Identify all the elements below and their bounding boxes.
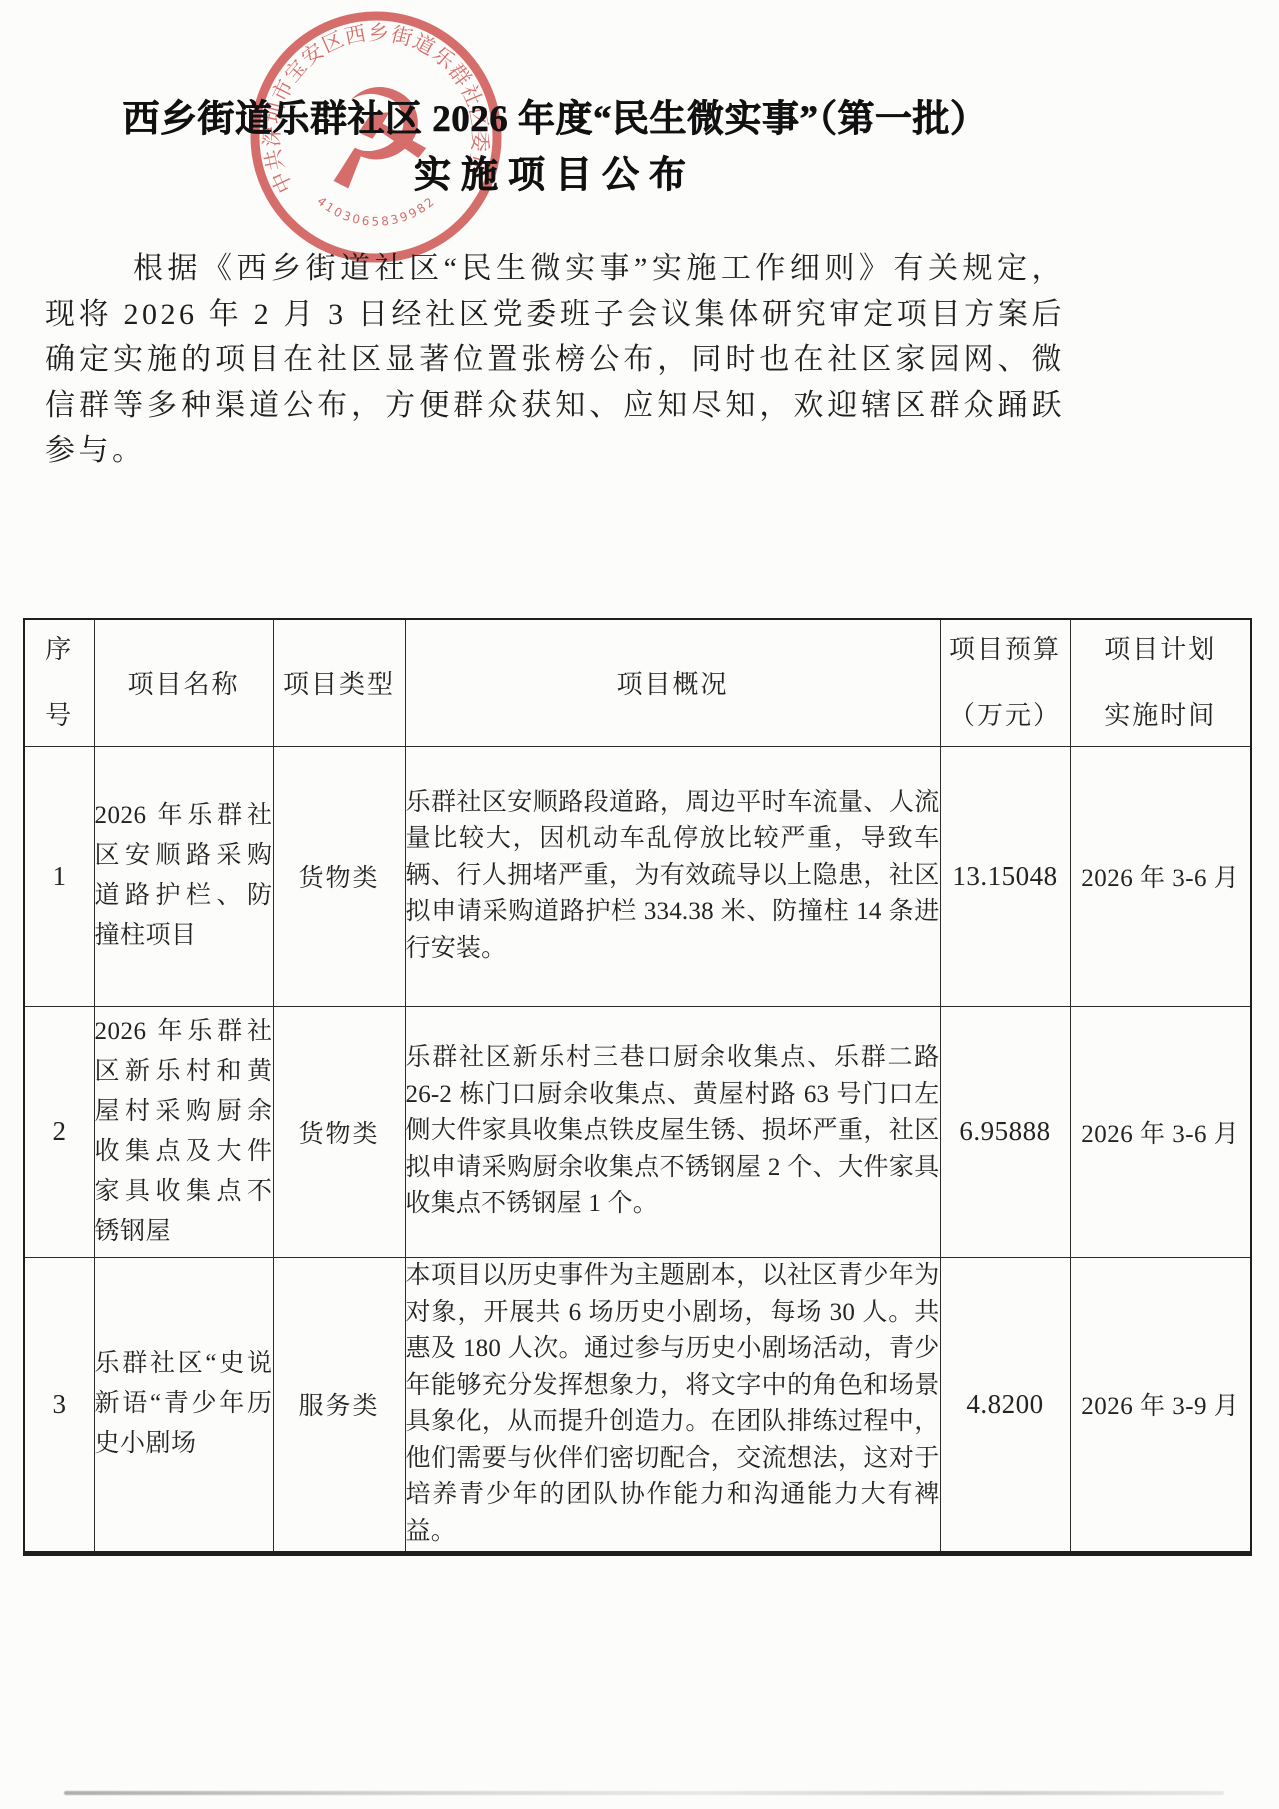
cell-row3-overview: 本项目以历史事件为主题剧本，以社区青少年为对象，开展共 6 场历史小剧场，每场 … — [405, 1257, 940, 1553]
intro-paragraph: 根据《西乡街道社区“民生微实事”实施工作细则》有关规定，现将 2026 年 2 … — [45, 246, 1065, 474]
cell-row2-budget: 6.95888 — [940, 1006, 1070, 1257]
cell-row3-no: 3 — [24, 1257, 94, 1553]
cell-row1-no: 1 — [24, 746, 94, 1006]
cell-row1-budget: 13.15048 — [940, 746, 1070, 1006]
header-budget-line2: （万元） — [949, 701, 1061, 731]
cell-row3-budget: 4.8200 — [940, 1257, 1070, 1553]
table-row-1: 1 2026 年乐群社区安顺路采购道路护栏、防撞柱项目 货物类 乐群社区安顺路段… — [24, 746, 1251, 1006]
header-project-name: 项目名称 — [94, 619, 273, 746]
cell-row3-name: 乐群社区“史说新语“青少年历史小剧场 — [94, 1257, 273, 1553]
title-line-2: 实施项目公布 — [45, 148, 1065, 204]
header-budget-line1: 项目预算 — [949, 635, 1061, 665]
table-row-3: 3 乐群社区“史说新语“青少年历史小剧场 服务类 本项目以历史事件为主题剧本，以… — [24, 1257, 1251, 1553]
cell-row2-no: 2 — [24, 1006, 94, 1257]
table-header-row: 序 号 项目名称 项目类型 项目概况 项目预算 （万元） 项目计划 实施 — [24, 619, 1251, 746]
title-line-1: 西乡街道乐群社区 2026 年度“民生微实事”（第一批） — [45, 92, 1065, 148]
header-schedule-line1: 项目计划 — [1104, 635, 1216, 665]
header-no-line2: 号 — [45, 701, 73, 731]
cell-row2-overview: 乐群社区新乐村三巷口厨余收集点、乐群二路 26-2 栋门口厨余收集点、黄屋村路 … — [405, 1006, 940, 1257]
header-project-type: 项目类型 — [273, 619, 405, 746]
document-page: 中共深圳市宝安区西乡街道乐群社区委员会 4103065839982 ☭ 西乡街道… — [0, 0, 1279, 1809]
cell-row3-type: 服务类 — [273, 1257, 405, 1553]
header-project-overview: 项目概况 — [405, 619, 940, 746]
projects-table: 序 号 项目名称 项目类型 项目概况 项目预算 （万元） 项目计划 实施 — [23, 618, 1252, 1556]
cell-row1-overview: 乐群社区安顺路段道路，周边平时车流量、人流量比较大，因机动车乱停放比较严重，导致… — [405, 746, 940, 1006]
header-no: 序 号 — [24, 619, 94, 746]
header-no-line1: 序 — [45, 635, 73, 665]
cell-row1-type: 货物类 — [273, 746, 405, 1006]
document-title: 西乡街道乐群社区 2026 年度“民生微实事”（第一批） 实施项目公布 — [45, 92, 1065, 204]
scan-artifact-line — [64, 1791, 1224, 1795]
header-project-schedule: 项目计划 实施时间 — [1070, 619, 1251, 746]
header-schedule-line2: 实施时间 — [1104, 701, 1216, 731]
cell-row1-name: 2026 年乐群社区安顺路采购道路护栏、防撞柱项目 — [94, 746, 273, 1006]
cell-row2-schedule: 2026 年 3-6 月 — [1070, 1006, 1251, 1257]
cell-row3-schedule: 2026 年 3-9 月 — [1070, 1257, 1251, 1553]
cell-row2-type: 货物类 — [273, 1006, 405, 1257]
header-project-budget: 项目预算 （万元） — [940, 619, 1070, 746]
table-row-2: 2 2026 年乐群社区新乐村和黄屋村采购厨余收集点及大件家具收集点不锈钢屋 货… — [24, 1006, 1251, 1257]
cell-row2-name: 2026 年乐群社区新乐村和黄屋村采购厨余收集点及大件家具收集点不锈钢屋 — [94, 1006, 273, 1257]
cell-row1-schedule: 2026 年 3-6 月 — [1070, 746, 1251, 1006]
